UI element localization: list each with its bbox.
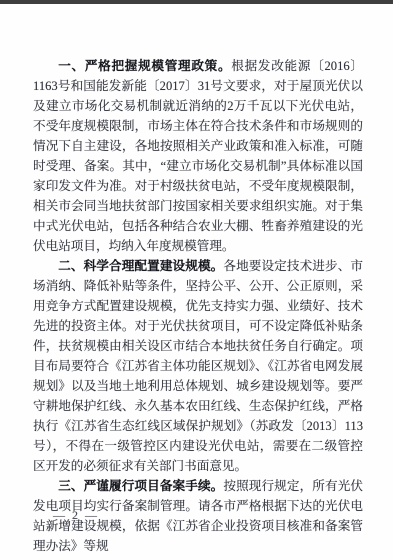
paragraph-3-heading: 三、严谨履行项目备案手续。 [58, 479, 223, 493]
paragraph-1-body: 根据发改能源〔2016〕1163号和国能发新能〔2017〕31号文要求，对于屋顶… [33, 59, 363, 253]
scan-edge-bar [0, 0, 393, 4]
paragraph-1-heading: 一、严格把握规模管理政策。 [58, 59, 231, 73]
paragraph-1: 一、严格把握规模管理政策。根据发改能源〔2016〕1163号和国能发新能〔201… [33, 56, 363, 256]
page-number: — 2 — [53, 508, 99, 523]
document-body: 一、严格把握规模管理政策。根据发改能源〔2016〕1163号和国能发新能〔201… [33, 56, 363, 556]
document-page: 一、严格把握规模管理政策。根据发改能源〔2016〕1163号和国能发新能〔201… [0, 0, 393, 560]
paragraph-2: 二、科学合理配置建设规模。各地要设定技术进步、市场消纳、降低补贴等条件，坚持公平… [33, 256, 363, 476]
paragraph-2-body: 各地要设定技术进步、市场消纳、降低补贴等条件，坚持公平、公开、公正原则，采用竞争… [33, 259, 363, 473]
paragraph-2-heading: 二、科学合理配置建设规模。 [58, 259, 223, 273]
